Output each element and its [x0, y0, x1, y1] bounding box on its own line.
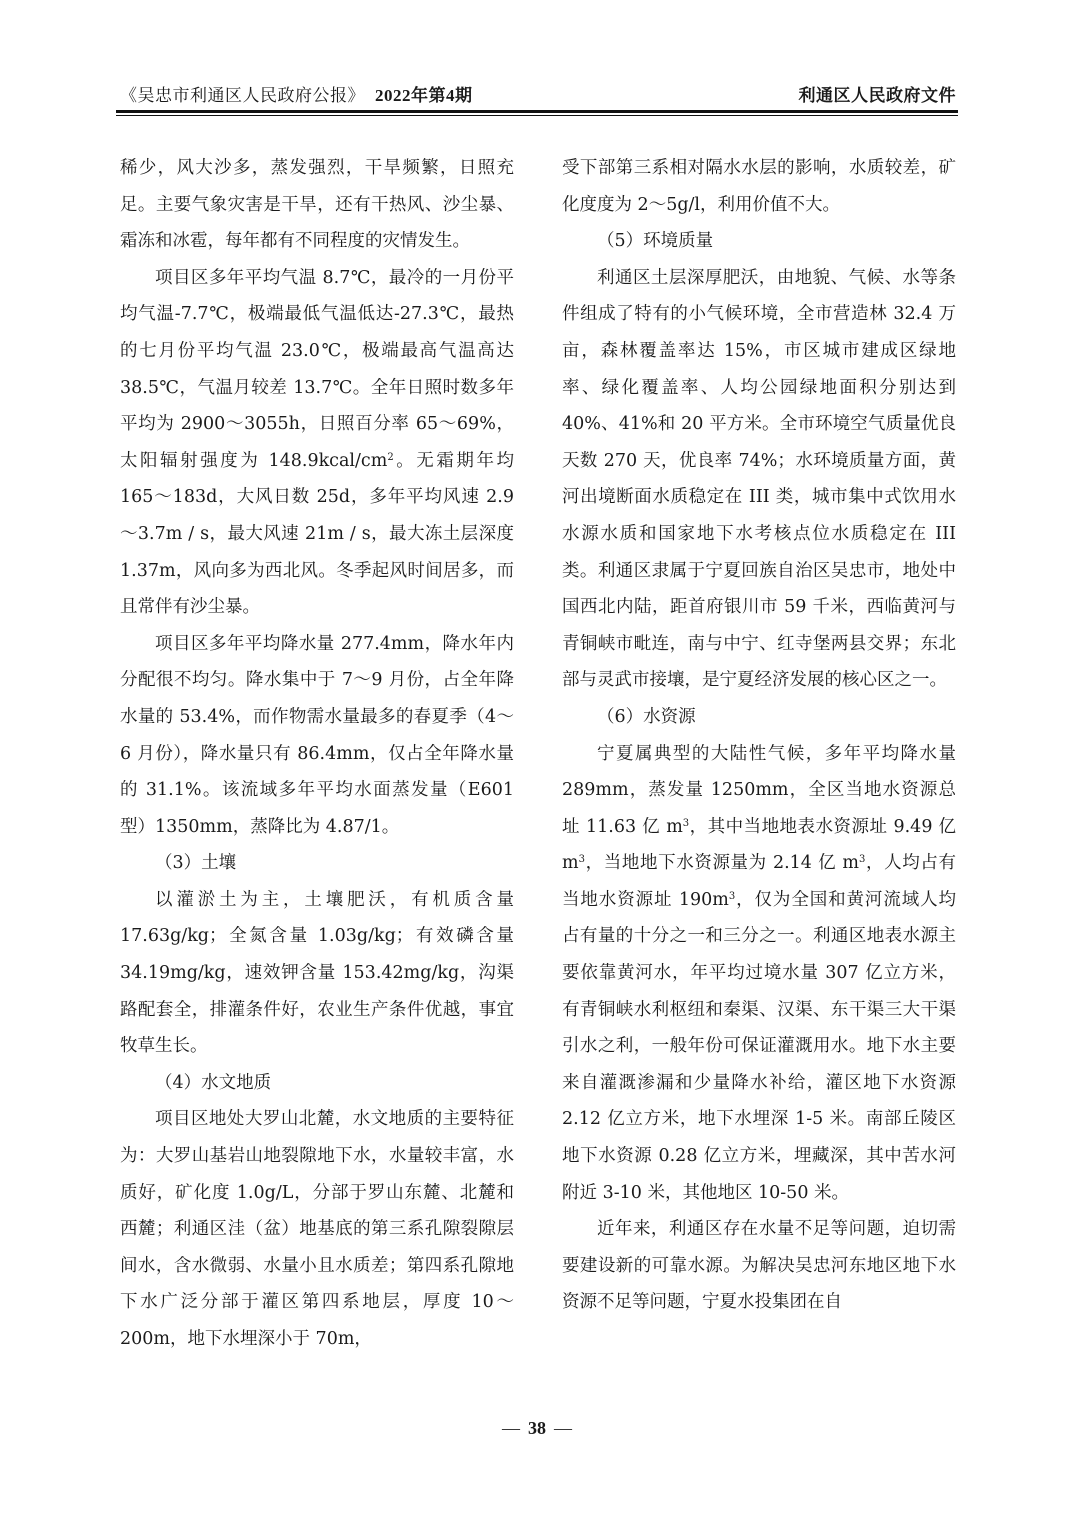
section-heading-hydrogeology: （4）水文地质	[120, 1065, 514, 1102]
section-title: 利通区人民政府文件	[799, 81, 957, 106]
paragraph-hydrogeology: 项目区地处大罗山北麓，水文地质的主要特征为：大罗山基岩山地裂隙地下水，水量较丰富…	[120, 1101, 514, 1357]
section-heading-soil: （3）土壤	[120, 845, 514, 882]
paragraph-temperature-text-a: 项目区多年平均气温 8.7℃，最冷的一月份平均气温-7.7℃，极端最低气温低达-…	[120, 268, 514, 471]
paragraph-precipitation: 项目区多年平均降水量 277.4mm，降水年内分配很不均匀。降水集中于 7～9 …	[120, 626, 514, 846]
section-heading-water-resources: （6）水资源	[562, 699, 956, 736]
paragraph-soil: 以灌淤土为主，土壤肥沃，有机质含量 17.63g/kg；全氮含量 1.03g/k…	[120, 882, 514, 1065]
header-rule-thin	[116, 115, 958, 116]
paragraph-recent-years: 近年来，利通区存在水量不足等问题，迫切需要建设新的可靠水源。为解决吴忠河东地区地…	[562, 1211, 956, 1321]
paragraph-water-resources: 宁夏属典型的大陆性气候，多年平均降水量 289mm，蒸发量 1250mm，全区当…	[562, 736, 956, 1212]
paragraph-temperature: 项目区多年平均气温 8.7℃，最冷的一月份平均气温-7.7℃，极端最低气温低达-…	[120, 260, 514, 626]
publication-title: 《吴忠市利通区人民政府公报》2022年第4期	[120, 81, 473, 106]
running-header: 《吴忠市利通区人民政府公报》2022年第4期 利通区人民政府文件	[120, 78, 956, 106]
paragraph-climate-continued: 稀少，风大沙多，蒸发强烈，干旱频繁，日照充足。主要气象灾害是干旱，还有干热风、沙…	[120, 150, 514, 260]
paragraph-temperature-text-b: 。无霜期年均 165～183d，大风日数 25d，多年平均风速 2.9～3.7m…	[120, 451, 514, 617]
issue-number: 2022年第4期	[375, 86, 473, 105]
water-text-e: ，仅为全国和黄河流域人均占有量的十分之一和三分之一。利通区地表水源主要依靠黄河水…	[562, 890, 956, 1203]
section-heading-environment: （5）环境质量	[562, 223, 956, 260]
page-number-value: 38	[528, 1418, 546, 1438]
publication-name: 《吴忠市利通区人民政府公报》	[120, 86, 365, 106]
dash-right: —	[554, 1418, 572, 1438]
page-number: —38—	[0, 1418, 1074, 1439]
dash-left: —	[502, 1418, 520, 1438]
header-rule-thick	[116, 110, 958, 113]
paragraph-hydrogeology-continued: 受下部第三系相对隔水水层的影响，水质较差，矿化度度为 2～5g/l，利用价值不大…	[562, 150, 956, 223]
left-column: 稀少，风大沙多，蒸发强烈，干旱频繁，日照充足。主要气象灾害是干旱，还有干热风、沙…	[120, 150, 514, 1358]
right-column: 受下部第三系相对隔水水层的影响，水质较差，矿化度度为 2～5g/l，利用价值不大…	[562, 150, 956, 1321]
paragraph-environment: 利通区土层深厚肥沃，由地貌、气候、水等条件组成了特有的小气候环境，全市营造林 3…	[562, 260, 956, 699]
water-text-c: ，当地地下水资源量为 2.14 亿 m	[585, 853, 859, 873]
